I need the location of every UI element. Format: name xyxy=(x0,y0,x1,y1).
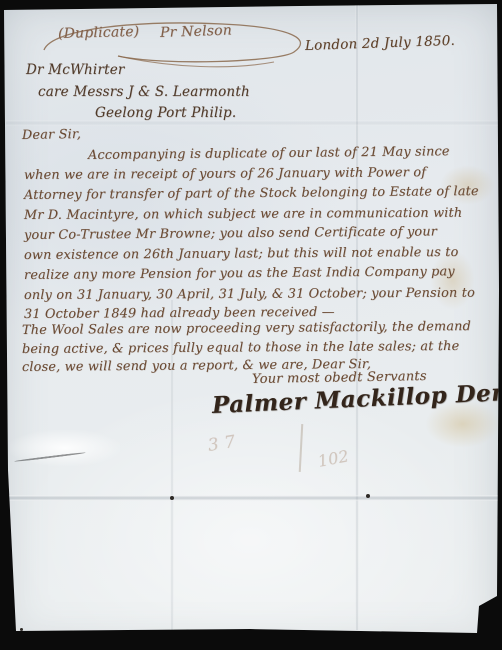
duplicate-annotation: (Duplicate) xyxy=(58,24,140,42)
faint-mark: 3 7 xyxy=(206,432,236,456)
scanned-letter: (Duplicate) Pr Nelson London 2d July 185… xyxy=(0,0,502,650)
ink-speck xyxy=(20,628,23,631)
recipient-place: Geelong Port Philip. xyxy=(95,105,236,121)
dateline: London 2d July 1850. xyxy=(305,33,456,54)
faint-mark: 102 xyxy=(316,446,350,471)
recipient-name: Dr McWhirter xyxy=(26,62,125,78)
vertical-fold-crease xyxy=(355,4,359,630)
salutation: Dear Sir, xyxy=(22,125,81,146)
letter-line: your Co-Trustee Mr Browne; you also send… xyxy=(24,222,437,246)
faint-stroke xyxy=(299,424,303,472)
letter-paper: (Duplicate) Pr Nelson London 2d July 185… xyxy=(0,0,502,650)
ship-note: Pr Nelson xyxy=(160,22,233,41)
letter-line: Attorney for transfer of part of the Sto… xyxy=(24,182,479,206)
letter-line: realize any more Pension for you as the … xyxy=(24,262,455,286)
ink-speck xyxy=(366,494,370,498)
horizontal-fold-crease xyxy=(6,495,498,501)
ink-speck xyxy=(170,496,174,500)
recipient-care-of: care Messrs J & S. Learmonth xyxy=(38,84,250,100)
